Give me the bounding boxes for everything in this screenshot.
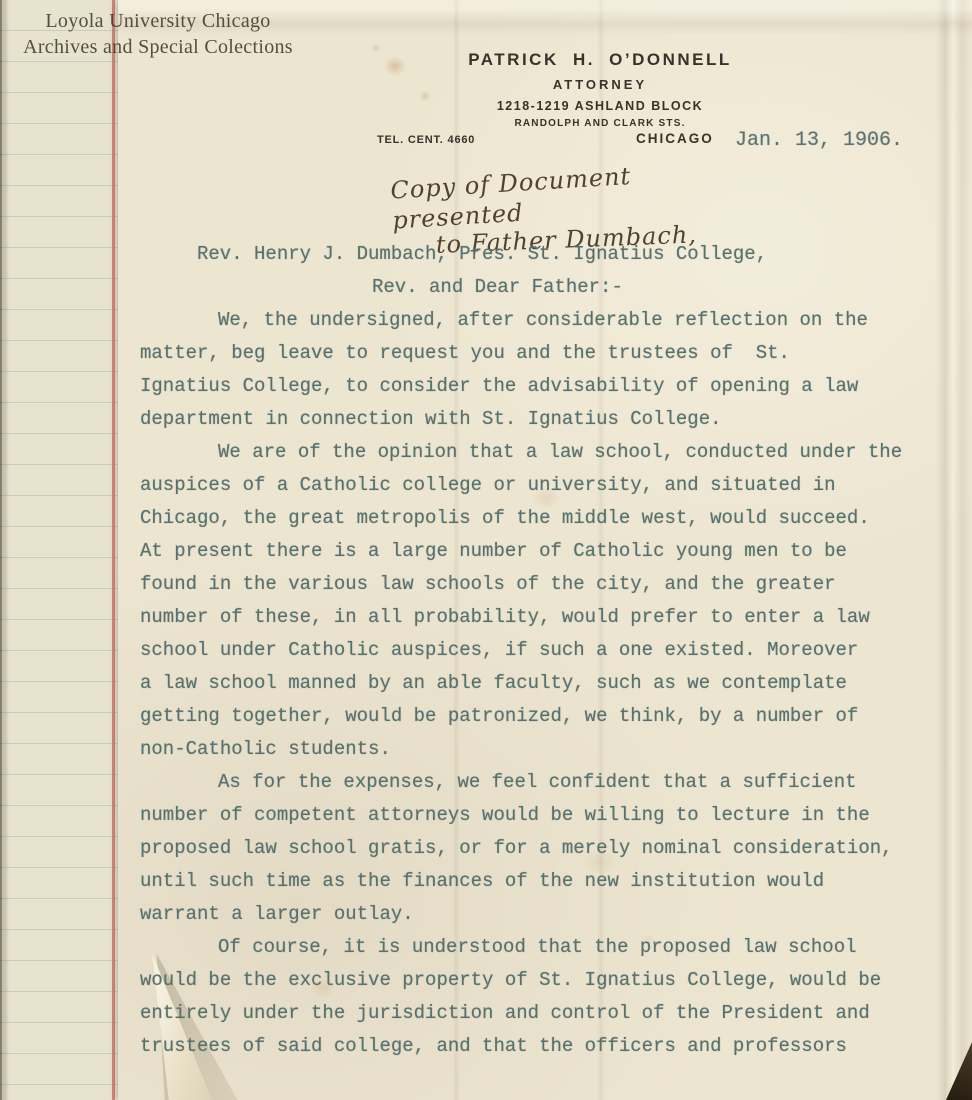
body-line: a law school manned by an able faculty, …	[140, 667, 930, 700]
letterhead-title: ATTORNEY	[400, 77, 800, 92]
letterhead-cross-streets: RANDOLPH AND CLARK STS.	[400, 118, 800, 129]
body-line: We are of the opinion that a law school,…	[140, 436, 930, 469]
letterhead-telephone: TEL. CENT. 4660	[377, 134, 475, 146]
body-line: non-Catholic students.	[140, 733, 930, 766]
body-line: We, the undersigned, after considerable …	[140, 304, 930, 337]
scanned-letter-page: { "scan": { "watermark_line1": "Loyola U…	[0, 0, 972, 1100]
body-line: As for the expenses, we feel confident t…	[140, 766, 930, 799]
body-line: auspices of a Catholic college or univer…	[140, 469, 930, 502]
body-line: matter, beg leave to request you and the…	[140, 337, 930, 370]
body-line: would be the exclusive property of St. I…	[140, 964, 930, 997]
letterhead: PATRICK H. O’DONNELL ATTORNEY 1218-1219 …	[400, 0, 800, 129]
letterhead-address: 1218-1219 ASHLAND BLOCK	[400, 99, 800, 113]
typed-date: Jan. 13, 1906.	[735, 129, 903, 152]
letterhead-city: CHICAGO	[636, 131, 714, 146]
body-line: school under Catholic auspices, if such …	[140, 634, 930, 667]
body-line: number of these, in all probability, wou…	[140, 601, 930, 634]
salutation-line: Rev. and Dear Father:-	[140, 271, 930, 304]
letterhead-name: PATRICK H. O’DONNELL	[400, 50, 800, 70]
body-line: found in the various law schools of the …	[140, 568, 930, 601]
body-line: entirely under the jurisdiction and cont…	[140, 997, 930, 1030]
archive-watermark: Loyola University Chicago Archives and S…	[18, 8, 298, 60]
body-line: number of competent attorneys would be w…	[140, 799, 930, 832]
body-line: Of course, it is understood that the pro…	[140, 931, 930, 964]
body-line: Chicago, the great metropolis of the mid…	[140, 502, 930, 535]
body-line: warrant a larger outlay.	[140, 898, 930, 931]
recipient-line: Rev. Henry J. Dumbach, Pres. St. Ignatiu…	[140, 238, 930, 271]
body-line: department in connection with St. Ignati…	[140, 403, 930, 436]
body-line: Ignatius College, to consider the advisa…	[140, 370, 930, 403]
watermark-line1: Loyola University Chicago	[18, 8, 298, 34]
watermark-line2: Archives and Special Colections	[18, 34, 298, 60]
typed-letter-body: Rev. Henry J. Dumbach, Pres. St. Ignatiu…	[140, 238, 930, 1063]
body-line: proposed law school gratis, or for a mer…	[140, 832, 930, 865]
body-line: getting together, would be patronized, w…	[140, 700, 930, 733]
body-line: At present there is a large number of Ca…	[140, 535, 930, 568]
body-line: until such time as the finances of the n…	[140, 865, 930, 898]
body-line: trustees of said college, and that the o…	[140, 1030, 930, 1063]
